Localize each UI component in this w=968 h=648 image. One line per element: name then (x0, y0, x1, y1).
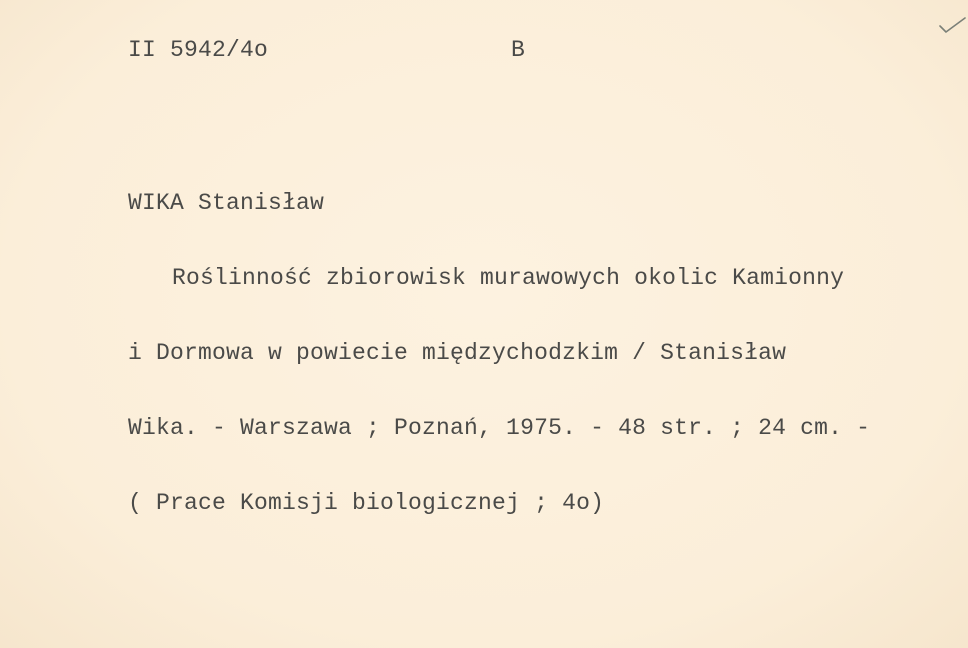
title-line-2: i Dormowa w powiecie międzychodzkim / St… (128, 341, 870, 366)
checkmark-icon (936, 8, 966, 38)
imprint-line: Wika. - Warszawa ; Poznań, 1975. - 48 st… (128, 416, 870, 441)
call-number: II 5942/4o (128, 38, 268, 63)
bibliographic-entry: WIKA Stanisław Roślinność zbiorowisk mur… (128, 141, 870, 566)
section-letter: B (511, 38, 525, 63)
series-line: ( Prace Komisji biologicznej ; 4o) (128, 491, 870, 516)
catalog-card: II 5942/4o B WIKA Stanisław Roślinność z… (0, 0, 968, 648)
title-line-1: Roślinność zbiorowisk murawowych okolic … (128, 266, 870, 291)
author-heading: WIKA Stanisław (128, 191, 870, 216)
